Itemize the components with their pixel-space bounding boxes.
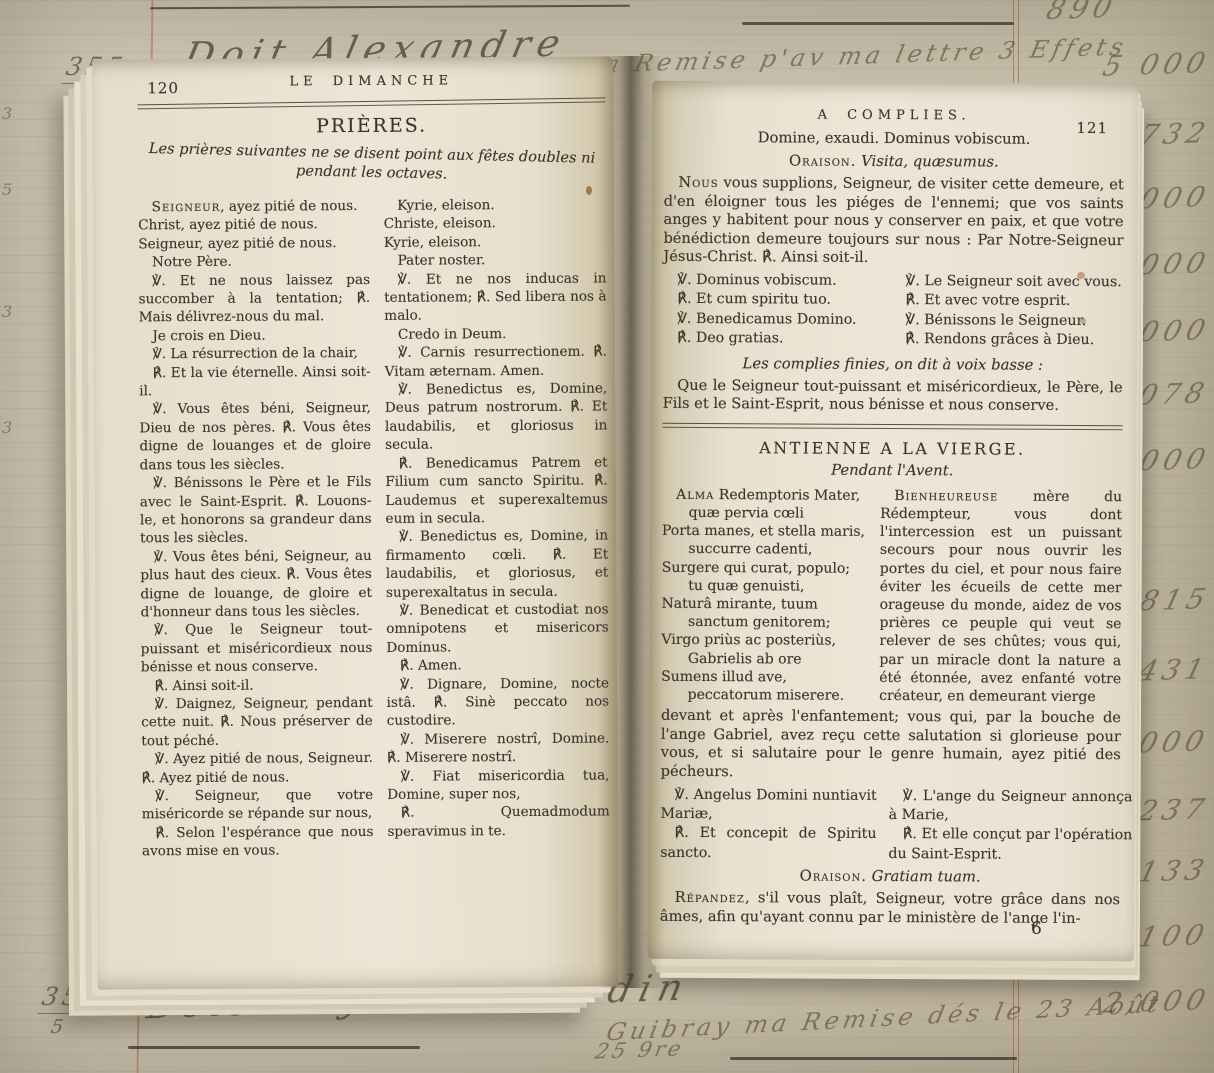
prayer-line: ℟. Quemadmodum speravimus in te. <box>387 803 610 841</box>
page-number-left: 120 <box>147 79 179 97</box>
prayer-line: Kyrie, eleison. <box>384 195 607 215</box>
prayer-line: ℣. Vous êtes béni, Seigneur, Dieu de nos… <box>139 399 371 474</box>
verse-line: Alma Redemptoris Mater, quæ pervia cœli <box>662 486 868 523</box>
lead-word: Seigneur <box>152 199 221 215</box>
prayer-line: ℣. Et ne nous laissez pas succomber à la… <box>138 271 370 328</box>
left-page: 120 LE DIMANCHE PRIÈRES. Les prières sui… <box>92 56 619 989</box>
verse-line: Surgere qui curat, populo; tu quæ genuis… <box>662 558 868 595</box>
prayer-line: ℣. Dignare, Domine, nocte istâ. ℟. Sinè … <box>386 674 609 731</box>
prayer-line: ℣. Daignez, Seigneur, pendant cette nuit… <box>141 694 373 751</box>
prayer-line: Kyrie, eleison. <box>384 232 607 252</box>
prayer-line: ℣. Benedictus es, Domine, Deus patrum no… <box>385 380 608 455</box>
prayer-line: Credo in Deum. <box>384 324 607 344</box>
prayer-line: Seigneur, ayez pitié de nous. <box>138 234 370 254</box>
prayer-line: ℣. Benedicat et custodiat nos omnipotens… <box>386 600 609 657</box>
versicle-response-table: ℣. Angelus Domini nuntiavit Mariæ, ℣. L'… <box>660 785 1120 865</box>
french-translation-column: Bienheureuse mère du Rédempteur, vous do… <box>879 487 1122 707</box>
antienne-title: ANTIENNE A LA VIERGE. <box>662 438 1122 459</box>
prayer-line: ℣. Seigneur, que votre miséricorde se ré… <box>142 786 374 824</box>
prayer-paragraph: Que le Seigneur tout-puissant et miséric… <box>663 376 1123 416</box>
prayer-line: Je crois en Dieu. <box>139 326 371 346</box>
versicle-french: ℟. Et elle conçut par l'opération du Sai… <box>888 825 1132 865</box>
french-column: Seigneur, ayez pitié de nous. Christ, ay… <box>138 197 374 861</box>
versicle-latin: ℟. Et concepit de Spiritu sancto. <box>660 824 876 864</box>
prayer-paragraph: Bienheureuse mère du Rédempteur, vous do… <box>879 487 1122 707</box>
versicle-french: ℣. L'ange du Seigneur annonça à Marie, <box>889 787 1133 827</box>
prayer-line: ℣. Benedictus es, Domine, in firmamento … <box>386 527 609 602</box>
photo-of-open-prayer-book-on-ledger: 3 5 3 3 355 70 358 5 Doit Alexandre ma R… <box>0 0 1214 1073</box>
prayer-paragraph: Nous vous supplions, Seigneur, de visite… <box>663 174 1123 269</box>
verse-line: Virgo priùs ac posteriùs, Gabrielis ab o… <box>661 631 867 668</box>
prayer-line: Christ, ayez pitié de nous. <box>138 215 370 235</box>
prayer-line: ℟. Benedicamus Patrem et Filium cum sanc… <box>385 453 608 528</box>
versicle-heading: Domine, exaudi. Dominus vobiscum. <box>664 128 1124 150</box>
versicle-french: ℣. Bénissons le Seigneur. <box>891 311 1135 332</box>
latin-verse-column: Alma Redemptoris Mater, quæ pervia cœli … <box>661 486 868 706</box>
running-title-right: A COMPLIES. <box>664 105 1124 124</box>
versicle-latin: ℣. Angelus Domini nuntiavit Mariæ, <box>660 785 876 825</box>
versicle-latin: ℟. Et cum spiritu tuo. <box>663 290 879 311</box>
prayer-line: Seigneur, ayez pitié de nous. <box>138 197 370 217</box>
prayer-line: ℣. Que le Seigneur tout-puissant et misé… <box>141 620 373 677</box>
prayer-line: Notre Père. <box>138 252 370 272</box>
versicle-latin: ℣. Dominus vobiscum. <box>663 271 879 292</box>
double-rule <box>662 423 1122 430</box>
oraison-heading: Oraison. Visita, quæsumus. <box>664 151 1124 173</box>
versicle-latin: ℣. Benedicamus Domino. <box>663 310 879 331</box>
oraison-incipit: Gratiam tuam. <box>872 868 981 886</box>
signature-mark: 6 <box>1031 919 1042 939</box>
page-number-right: 121 <box>1076 119 1108 137</box>
prayer-paragraph-continuation: devant et après l'enfantement; vous qui,… <box>661 707 1121 784</box>
oraison-label: Oraison. <box>789 152 856 169</box>
prayer-line: Christe, eleison. <box>384 214 607 234</box>
prayer-line: ℟. Amen. <box>386 656 609 676</box>
prayer-line: ℣. Miserere nostrî, Domine. ℟. Miserere … <box>387 729 610 767</box>
prayer-line: ℟. Selon l'espérance que nous avons mise… <box>142 823 374 861</box>
double-rule <box>137 97 605 109</box>
oraison-heading: Oraison. Gratiam tuam. <box>660 866 1120 888</box>
prayer-line: ℣. Carnis resurrectionem. ℟. Vitam ætern… <box>384 343 607 381</box>
verse-line: Sumens illud ave, peccatorum miserere. <box>661 668 867 705</box>
prayer-line: ℣. Ayez pitié de nous, Seigneur. ℟. Ayez… <box>141 749 373 787</box>
versicle-french: ℟. Rendons grâces à Dieu. <box>891 330 1135 351</box>
open-book: 120 LE DIMANCHE PRIÈRES. Les prières sui… <box>0 0 1214 1073</box>
lead-word: Nous <box>678 174 718 191</box>
left-page-header: 120 LE DIMANCHE <box>137 72 605 95</box>
prayer-line: ℟. Ainsi soit-il. <box>141 675 373 695</box>
lead-word: Bienheureuse <box>894 488 998 505</box>
lead-word: Alma <box>676 487 714 503</box>
prayer-line: Pater noster. <box>384 251 607 271</box>
rubric-note: Les prières suivantes ne se disent point… <box>137 139 606 187</box>
prayer-line: ℣. Fiat misericordia tua, Domine, super … <box>387 766 610 804</box>
verse-line: Porta manes, et stella maris, succurre c… <box>662 522 868 559</box>
prayer-line: ℟. Et la vie éternelle. Ainsi soit-il. <box>139 363 371 401</box>
oraison-incipit: Visita, quæsumus. <box>861 153 999 171</box>
lead-word: Répandez <box>675 889 745 906</box>
versicle-response-table: ℣. Dominus vobiscum. ℣. Le Seigneur soit… <box>663 271 1123 351</box>
two-column-prayers: Seigneur, ayez pitié de nous. Christ, ay… <box>138 195 610 860</box>
running-title-left: LE DIMANCHE <box>137 72 605 90</box>
prayer-line: ℣. La résurrection de la chair, <box>139 344 371 364</box>
prayer-paragraph: Répandez, s'il vous plaît, Seigneur, vot… <box>660 889 1120 929</box>
versicle-french: ℣. Le Seigneur soit avec vous. <box>891 272 1135 293</box>
versicle-latin: ℟. Deo gratias. <box>663 329 879 350</box>
verse-line: Naturâ mirante, tuum sanctum genitorem; <box>661 595 867 632</box>
antienne-columns: Alma Redemptoris Mater, quæ pervia cœli … <box>661 486 1122 707</box>
antienne-subtitle: Pendant l'Avent. <box>662 460 1122 482</box>
versicle-french: ℟. Et avec votre esprit. <box>891 291 1135 312</box>
latin-column: Kyrie, eleison. Christe, eleison. Kyrie,… <box>384 195 610 859</box>
right-page-header: A COMPLIES. 121 <box>664 105 1124 127</box>
prayer-line: ℣. Vous êtes béni, Seigneur, au plus hau… <box>140 547 372 622</box>
prayer-line: ℣. Et ne nos inducas in tentationem; ℟. … <box>384 269 607 326</box>
oraison-label: Oraison. <box>800 868 867 885</box>
prayer-line: ℣. Bénissons le Père et le Fils avec le … <box>140 473 372 548</box>
section-title: PRIÈRES. <box>138 113 606 138</box>
rubric-note: Les complies finies, on dit à voix basse… <box>663 353 1123 375</box>
right-page: A COMPLIES. 121 Domine, exaudi. Dominus … <box>648 81 1139 962</box>
